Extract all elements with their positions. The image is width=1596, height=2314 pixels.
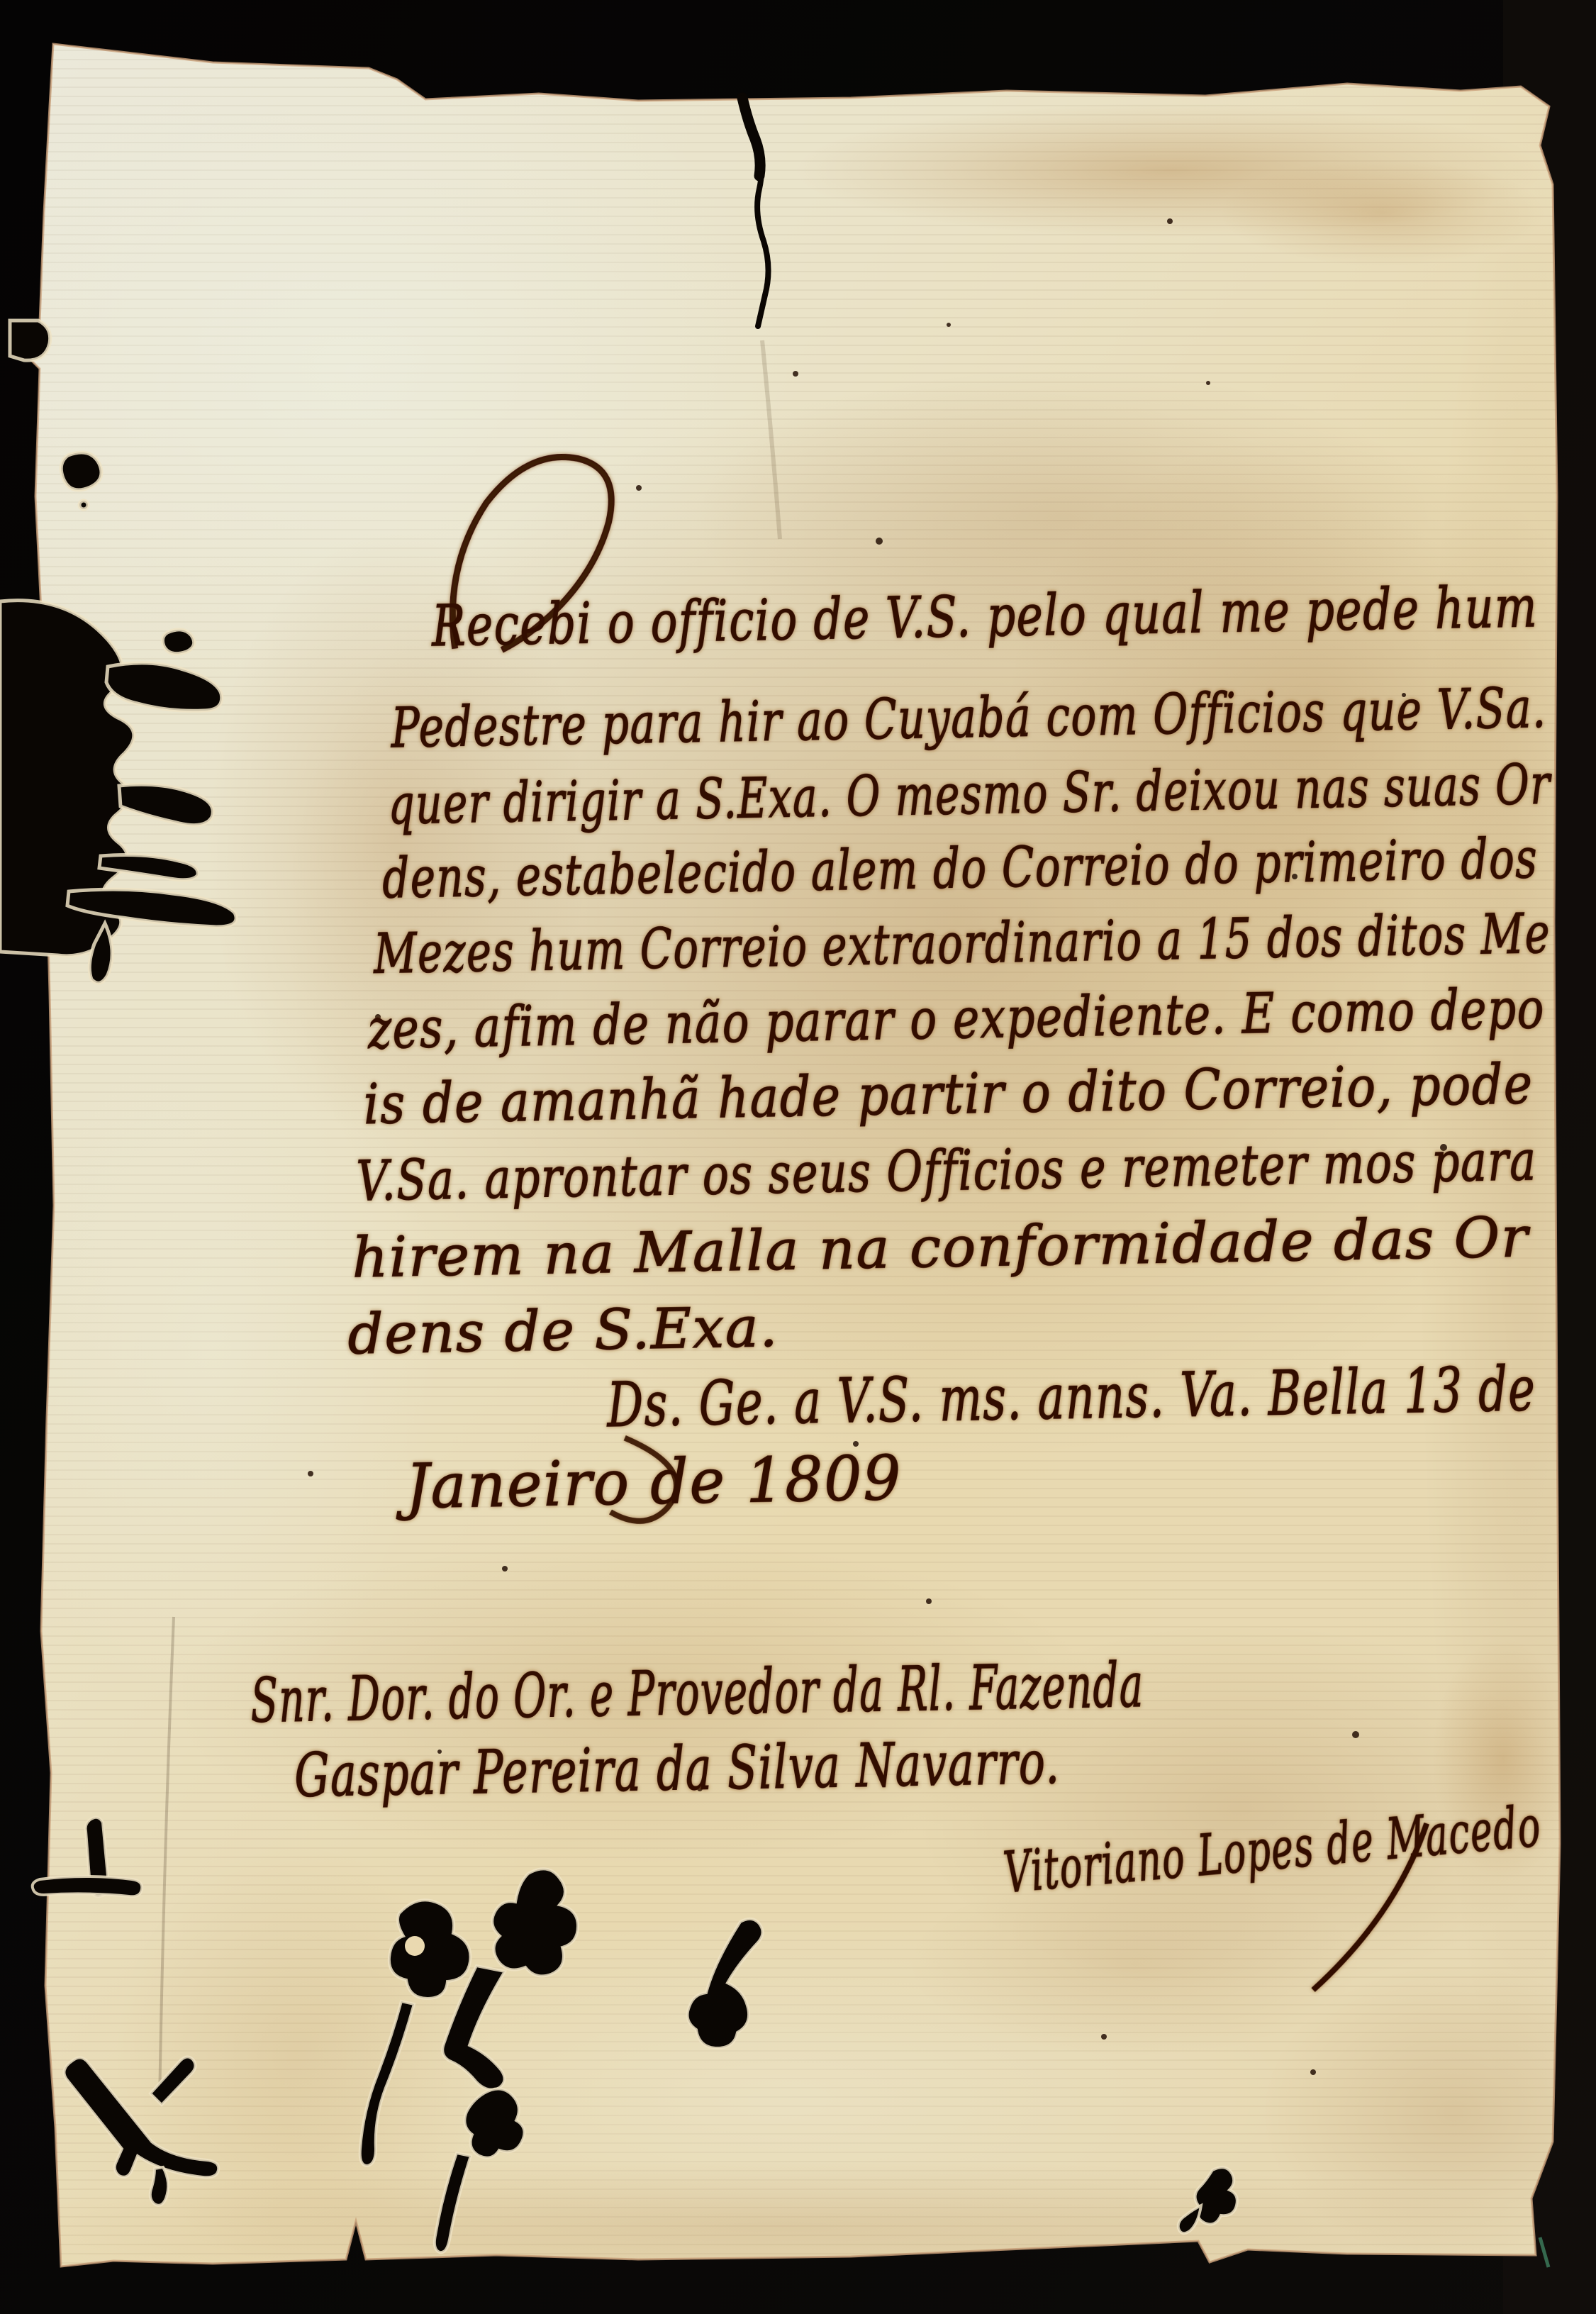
manuscript-photo: Recebi o officio de V.S. pelo qual me pe… [0,0,1596,2314]
date-line: Janeiro de 1809 [395,1443,903,1523]
ink-splatter-hole [405,1936,425,1956]
ink-speck [79,501,88,509]
ink-blot-drop [162,630,194,654]
letter-line-10: dens de S.Exa. [347,1296,779,1367]
stain [908,1872,1361,2057]
ink-blot-edge-notch [10,321,50,360]
ink-blot-drop [61,452,101,490]
ink-cross-mark [33,1876,143,1896]
addressee-line-2: Gaspar Pereira da Silva Navarro. [294,1728,1061,1810]
